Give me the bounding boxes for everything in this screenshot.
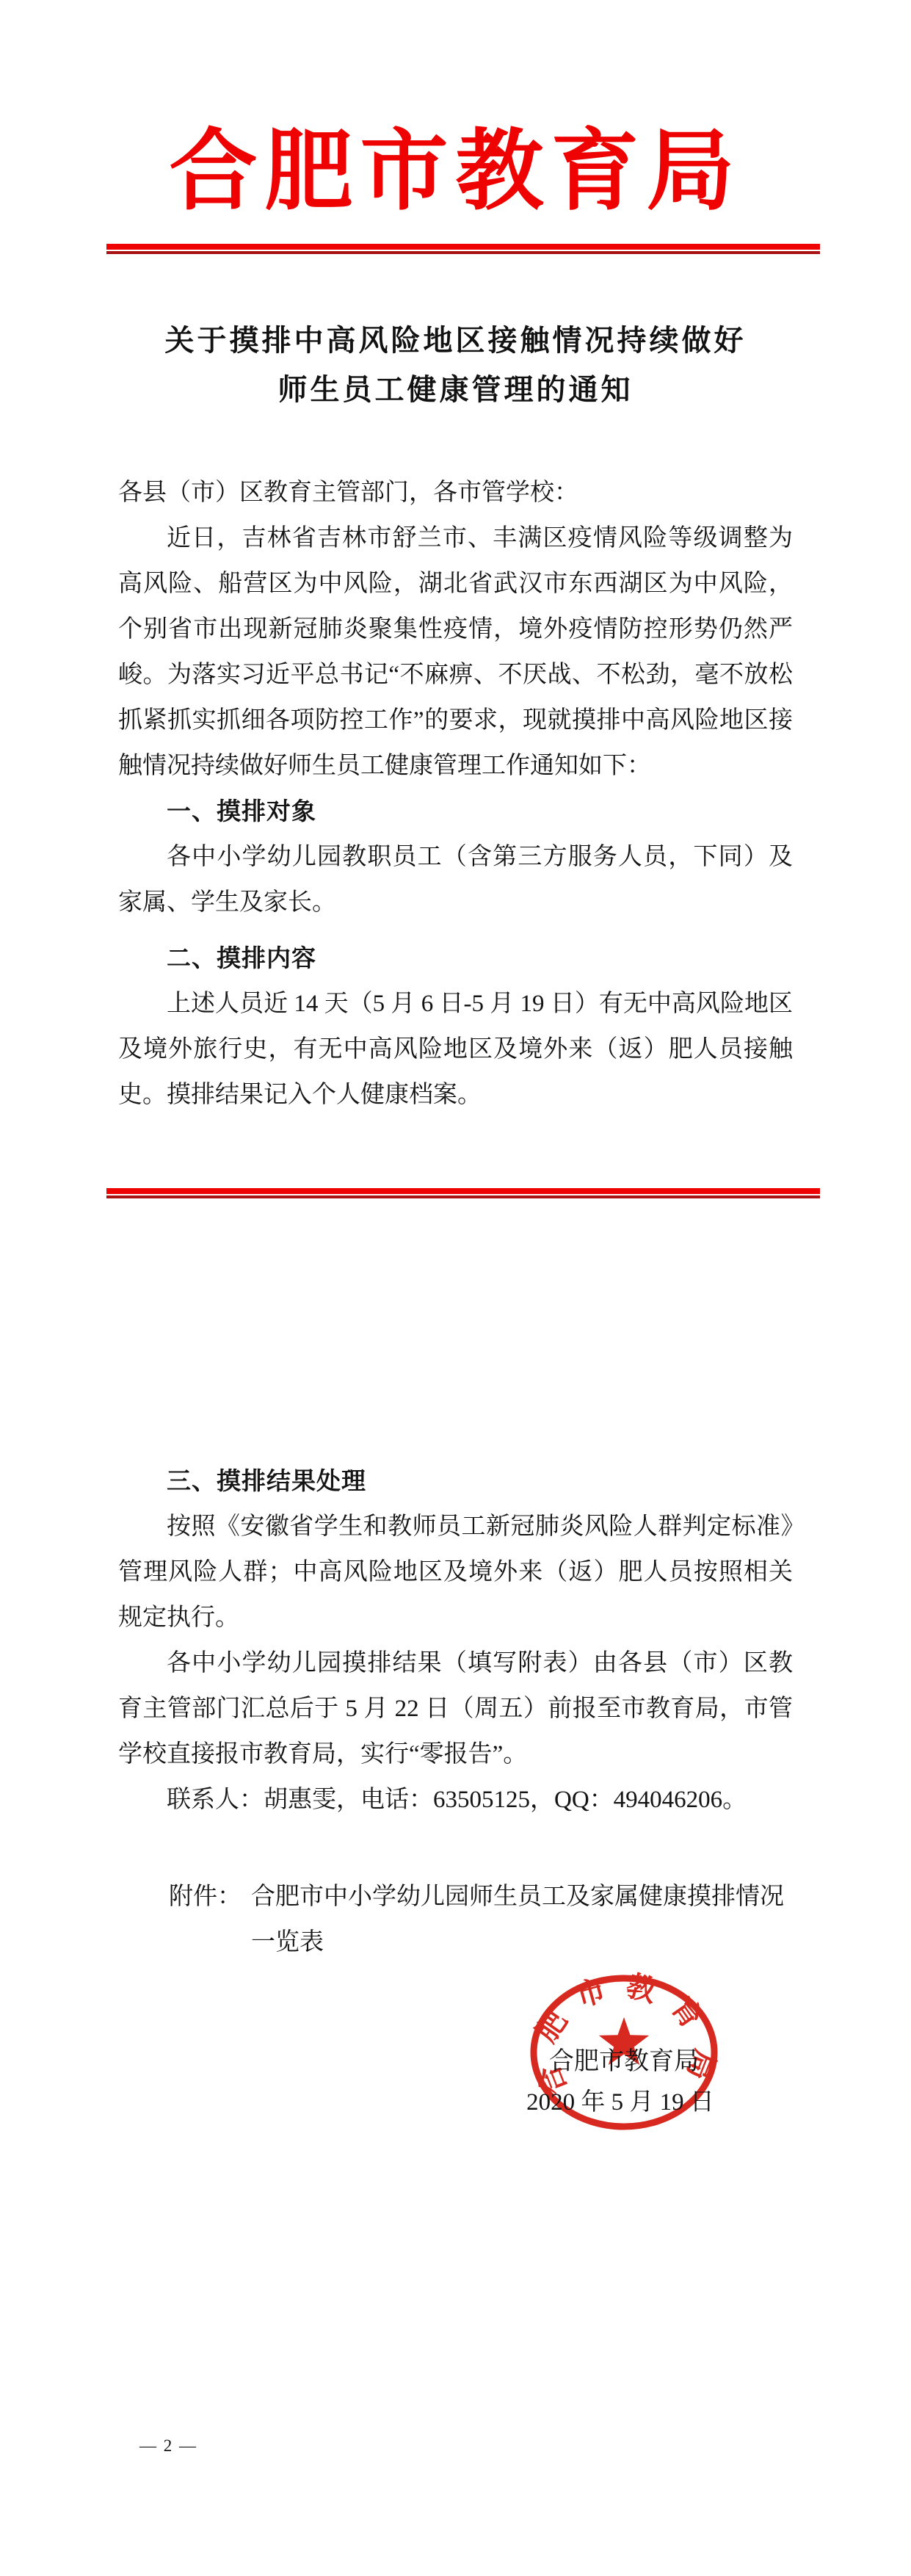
attachment-text: 合肥市中小学幼儿园师生员工及家属健康摸排情况一览表 [251, 1874, 788, 1965]
page-number: — 2 — [139, 2436, 197, 2456]
contact-line: 联系人：胡惠雯，电话：63505125，QQ：494046206。 [118, 1777, 793, 1823]
attachment-note: 附件： 合肥市中小学幼儿园师生员工及家属健康摸排情况一览表 [169, 1874, 788, 1965]
header-red-rule [106, 244, 820, 254]
intro-paragraph: 近日，吉林省吉林市舒兰市、丰满区疫情风险等级调整为高风险、船营区为中风险，湖北省… [118, 515, 793, 789]
section-3-heading: 三、摸排结果处理 [118, 1458, 793, 1504]
section-1-text: 各中小学幼儿园教职员工（含第三方服务人员，下同）及家属、学生及家长。 [118, 834, 793, 925]
document-title: 关于摸排中高风险地区接触情况持续做好 师生员工健康管理的通知 [0, 316, 911, 414]
agency-header-title: 合肥市教育局 [0, 117, 911, 226]
section-2-text: 上述人员近 14 天（5 月 6 日-5 月 19 日）有无中高风险地区及境外旅… [118, 981, 793, 1118]
section-2-heading: 二、摸排内容 [118, 936, 793, 981]
header-red-rule-thin [106, 251, 820, 254]
mid-page-red-rule [106, 1188, 820, 1198]
body-block-lower: 三、摸排结果处理 按照《安徽省学生和教师员工新冠肺炎风险人群判定标准》管理风险人… [118, 1458, 793, 1823]
document-page: 合肥市教育局 关于摸排中高风险地区接触情况持续做好 师生员工健康管理的通知 各县… [0, 0, 911, 2576]
signature-date: 2020 年 5 月 19 日 [514, 2088, 727, 2117]
attachment-label: 附件： [169, 1874, 251, 1965]
mid-page-red-rule-thin [106, 1195, 820, 1198]
mid-page-red-rule-thick [106, 1188, 820, 1194]
header-red-rule-thick [106, 244, 820, 250]
signature-agency: 合肥市教育局 [526, 2047, 722, 2077]
body-block-upper: 各县（市）区教育主管部门，各市管学校： 近日，吉林省吉林市舒兰市、丰满区疫情风险… [118, 470, 793, 1118]
salutation: 各县（市）区教育主管部门，各市管学校： [118, 470, 793, 515]
document-title-line2: 师生员工健康管理的通知 [0, 365, 911, 414]
section-3-paragraph-2: 各中小学幼儿园摸排结果（填写附表）由各县（市）区教育主管部门汇总后于 5 月 2… [118, 1640, 793, 1777]
section-1-heading: 一、摸排对象 [118, 789, 793, 834]
document-title-line1: 关于摸排中高风险地区接触情况持续做好 [0, 316, 911, 365]
section-3-paragraph-1: 按照《安徽省学生和教师员工新冠肺炎风险人群判定标准》管理风险人群；中高风险地区及… [118, 1504, 793, 1640]
